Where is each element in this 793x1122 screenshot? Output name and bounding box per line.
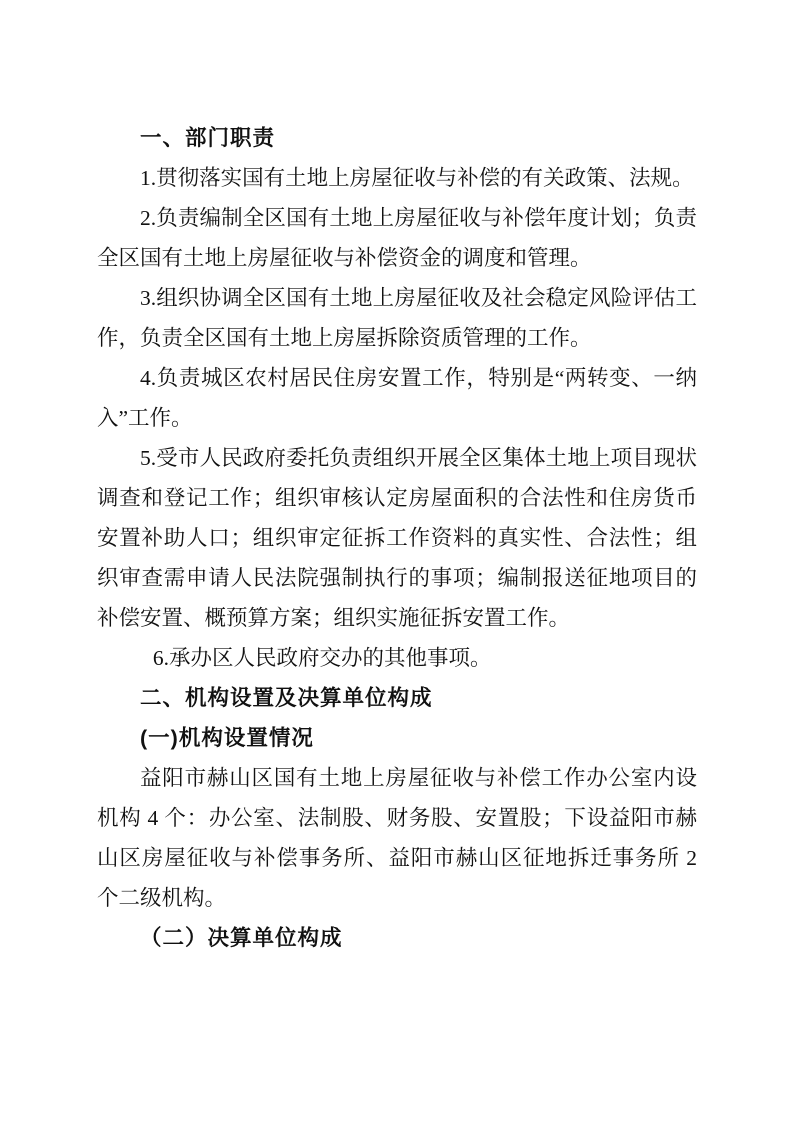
subsection-heading-org-structure: (一)机构设置情况 [97, 718, 697, 758]
document-page: 一、部门职责 1.贯彻落实国有土地上房屋征收与补偿的有关政策、法规。 2.负责编… [0, 0, 793, 1122]
subsection-heading-budget-units: （二）决算单位构成 [97, 918, 697, 958]
paragraph-duty-4: 4.负责城区农村居民住房安置工作，特别是“两转变、一纳入”工作。 [97, 358, 697, 438]
section-heading-org-setup: 二、机构设置及决算单位构成 [97, 678, 697, 718]
section-heading-department-duties: 一、部门职责 [97, 118, 697, 158]
paragraph-duty-1: 1.贯彻落实国有土地上房屋征收与补偿的有关政策、法规。 [97, 158, 697, 198]
paragraph-duty-2: 2.负责编制全区国有土地上房屋征收与补偿年度计划；负责全区国有土地上房屋征收与补… [97, 198, 697, 278]
paragraph-duty-5: 5.受市人民政府委托负责组织开展全区集体土地上项目现状调查和登记工作；组织审核认… [97, 438, 697, 638]
paragraph-duty-6: 6.承办区人民政府交办的其他事项。 [97, 638, 697, 678]
paragraph-duty-3: 3.组织协调全区国有土地上房屋征收及社会稳定风险评估工作，负责全区国有土地上房屋… [97, 278, 697, 358]
paragraph-org-structure: 益阳市赫山区国有土地上房屋征收与补偿工作办公室内设机构 4 个：办公室、法制股、… [97, 758, 697, 918]
